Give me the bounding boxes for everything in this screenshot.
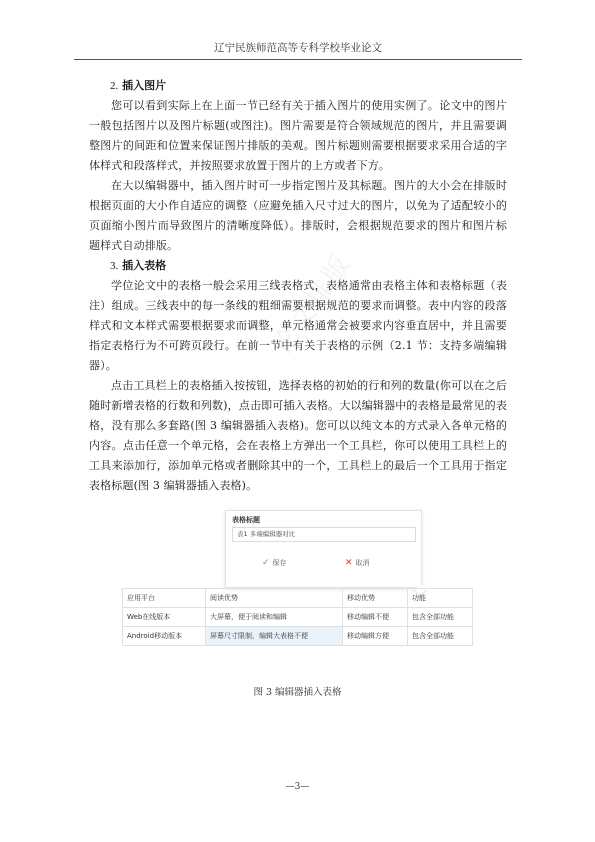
table-cell[interactable]: Web在线版本	[123, 608, 206, 627]
paragraph: 您可以看到实际上在上面一节已经有关于插入图片的使用实例了。论文中的图片一般包括图…	[89, 96, 507, 176]
table-cell[interactable]: 移动编辑方便	[343, 627, 408, 646]
paragraph: 学位论文中的表格一般会采用三线表格式，表格通常由表格主体和表格标题（表注）组成。…	[89, 276, 507, 376]
document-body: 2. 插入图片 您可以看到实际上在上面一节已经有关于插入图片的使用实例了。论文中…	[89, 76, 507, 496]
section-heading-insert-image: 2. 插入图片	[89, 76, 507, 96]
table-cell[interactable]: 移动优势	[343, 589, 408, 608]
figure-editor-insert-table: 表格标题 表1 多端编辑器对比 ✓ 保存 ✕ 取消 应用平台 阅读优势 移动优势…	[122, 510, 492, 660]
section-title: 插入图片	[122, 79, 166, 92]
section-heading-insert-table: 3. 插入表格	[89, 256, 507, 276]
table-cell[interactable]: 应用平台	[123, 589, 206, 608]
save-button[interactable]: ✓ 保存	[262, 558, 287, 568]
table-cell[interactable]: 包含全部功能	[408, 608, 473, 627]
save-label: 保存	[273, 558, 287, 568]
section-number: 3.	[110, 260, 118, 272]
cancel-button[interactable]: ✕ 取消	[345, 558, 370, 568]
table-cell[interactable]: 包含全部功能	[408, 627, 473, 646]
page-header: 辽宁民族师范高等专科学校毕业论文	[74, 40, 522, 60]
table-caption-input[interactable]: 表1 多端编辑器对比	[232, 527, 416, 542]
section-title: 插入表格	[122, 259, 166, 272]
paragraph: 点击工具栏上的表格插入按按钮，选择表格的初始的行和列的数量(你可以在之后随时新增…	[89, 376, 507, 496]
check-icon: ✓	[262, 558, 270, 568]
table-cell[interactable]: 移动编辑不便	[343, 608, 408, 627]
paragraph: 在大以编辑器中，插入图片时可一步指定图片及其标题。图片的大小会在排版时根据页面的…	[89, 176, 507, 256]
popup-title: 表格标题	[232, 515, 260, 525]
table-caption-popup: 表格标题 表1 多端编辑器对比 ✓ 保存 ✕ 取消	[225, 510, 422, 588]
cancel-label: 取消	[356, 558, 370, 568]
table-cell-selected[interactable]: 屏幕尺寸限制，编辑大表格不便	[206, 627, 343, 646]
close-icon: ✕	[345, 558, 353, 568]
table-cell[interactable]: Android移动版本	[123, 627, 206, 646]
figure-caption: 图 3 编辑器插入表格	[0, 684, 595, 698]
table-row: 应用平台 阅读优势 移动优势 功能	[123, 589, 473, 608]
page-number: —3—	[0, 782, 595, 792]
table-cell[interactable]: 大屏幕，便于阅读和编辑	[206, 608, 343, 627]
table-row: Android移动版本 屏幕尺寸限制，编辑大表格不便 移动编辑方便 包含全部功能	[123, 627, 473, 646]
comparison-table: 应用平台 阅读优势 移动优势 功能 Web在线版本 大屏幕，便于阅读和编辑 移动…	[122, 588, 473, 646]
table-row: Web在线版本 大屏幕，便于阅读和编辑 移动编辑不便 包含全部功能	[123, 608, 473, 627]
table-cell[interactable]: 阅读优势	[206, 589, 343, 608]
table-cell[interactable]: 功能	[408, 589, 473, 608]
section-number: 2.	[110, 80, 118, 92]
